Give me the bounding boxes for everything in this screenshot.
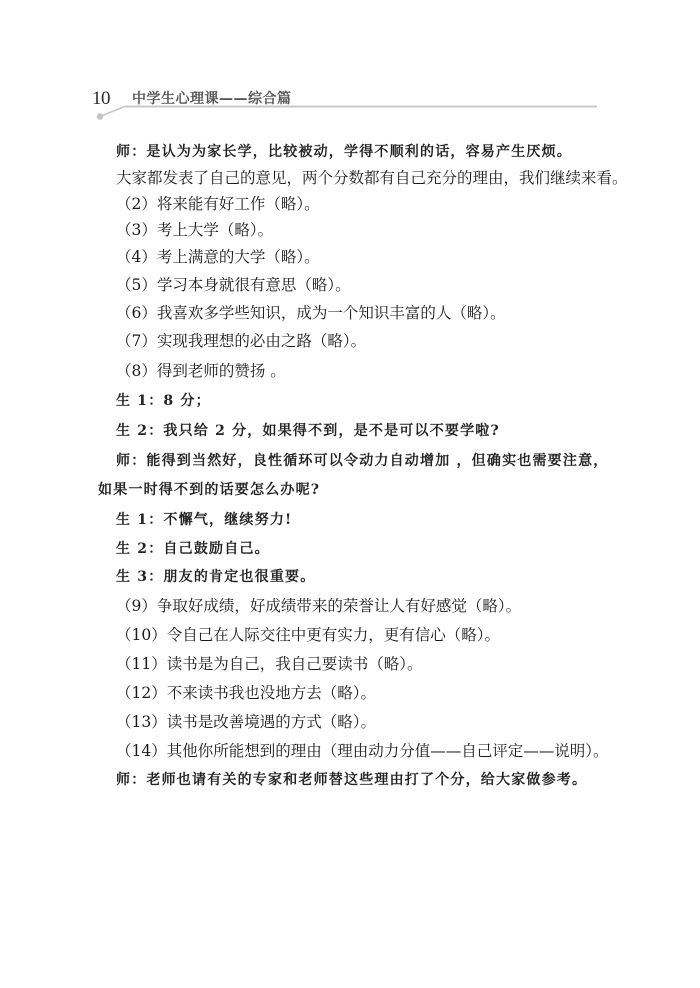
reason-item: （8）得到老师的赞扬 。 <box>116 361 286 381</box>
reason-item: （5）学习本身就很有意思（略）。 <box>116 275 351 295</box>
reason-item: （12）不来读书我也没地方去（略）。 <box>116 683 376 703</box>
page-number: 10 <box>92 88 110 110</box>
student-line: 生 2：自己鼓励自己。 <box>116 539 270 559</box>
reason-item: （4）考上满意的大学（略）。 <box>116 247 320 267</box>
student-line: 生 3：朋友的肯定也很重要。 <box>116 567 315 587</box>
reason-item: （2）将来能有好工作（略）。 <box>116 194 320 214</box>
header-rule-decoration <box>0 0 700 130</box>
teacher-line: 师：能得到当然好，良性循环可以令动力自动增加 ，但确实也需要注意， <box>116 451 608 471</box>
student-line: 生 1：不懈气，继续努力! <box>116 510 292 530</box>
reason-item: （11）读书是为自己，我自己要读书（略）。 <box>116 654 422 674</box>
reason-item: （3）考上大学（略）。 <box>116 220 273 240</box>
reason-item: （13）读书是改善境遇的方式（略）。 <box>116 712 376 732</box>
book-title: 中学生心理课——综合篇 <box>132 88 292 108</box>
reason-item: （7）实现我理想的必由之路（略）。 <box>116 331 366 351</box>
teacher-line-cont: 如果一时得不到的话要怎么办呢? <box>98 480 320 500</box>
reason-item: （9）争取好成绩，好成绩带来的荣誉让人有好感觉（略）。 <box>116 596 521 616</box>
narration-line: 大家都发表了自己的意见，两个分数都有自己充分的理由，我们继续来看。 <box>116 168 628 188</box>
page-header: 10 中学生心理课——综合篇 <box>0 0 700 130</box>
reason-item: （10）令自己在人际交往中更有实力，更有信心（略）。 <box>116 625 500 645</box>
student-line: 生 1：8 分； <box>116 391 211 411</box>
teacher-line: 师：是认为为家长学，比较被动，学得不顺利的话，容易产生厌烦。 <box>116 142 572 162</box>
reason-item: （6）我喜欢多学些知识，成为一个知识丰富的人（略）。 <box>116 303 506 323</box>
reason-item: （14）其他你所能想到的理由（理由动力分值——自己评定——说明）。 <box>116 741 608 761</box>
student-line: 生 2：我只给 2 分，如果得不到，是不是可以不要学啦? <box>116 421 500 441</box>
teacher-line: 师：老师也请有关的专家和老师替这些理由打了个分，给大家做参考。 <box>116 770 587 790</box>
